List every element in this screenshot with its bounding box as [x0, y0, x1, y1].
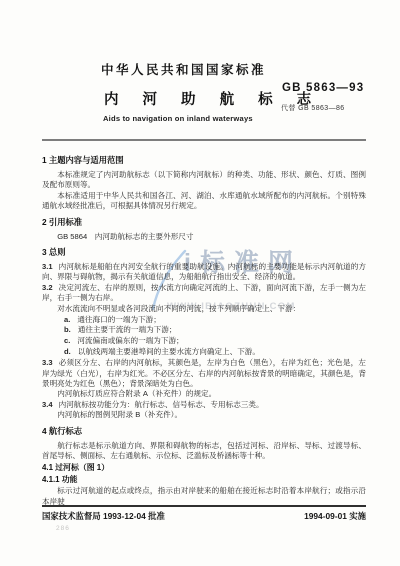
list-item: d.以航线两端主要港埠间的主要水流方向确定上、下游。	[42, 347, 366, 357]
clause-text: 必须区分左、右岸的内河航标，其颜色是，左岸为白色（黑色），右岸为红色；光色是，左…	[42, 358, 366, 388]
standard-header-title: 中华人民共和国国家标准	[101, 60, 266, 78]
section-heading: 1 主题内容与适用范围	[42, 155, 366, 166]
standard-number: GB 5863—93	[282, 82, 364, 94]
section-heading: 3 总则	[42, 247, 366, 258]
section-heading: 4 航行标志	[42, 426, 366, 437]
clause-paragraph: 3.1内河航标是船舶在内河安全航行的重要助航设施。内河航标的主要功能是标示内河航…	[42, 262, 366, 283]
header-divider	[42, 139, 366, 141]
section-heading: 2 引用标准	[42, 217, 366, 228]
clause-number: 3.2	[42, 283, 53, 292]
sub-heading: 4.1.1 功能	[42, 474, 366, 485]
paragraph: 内河航标的图例见附录 B（补充件）。	[42, 410, 366, 420]
list-item: a.通往海口的一端为下游；	[42, 315, 366, 325]
list-marker: a.	[64, 315, 70, 324]
list-text: 通往主要干流的一端为下游；	[78, 325, 177, 334]
list-text: 河流偏南或偏东的一端为下游；	[77, 336, 183, 345]
list-marker: d.	[64, 347, 71, 356]
clause-text: 决定河流左、右岸的原则，按水流方向确定河流的上、下游，面向河流下游，左手一侧为左…	[42, 283, 366, 302]
clause-text: 内河航标是船舶在内河安全航行的重要助航设施。内河航标的主要功能是标示内河航道的方…	[42, 262, 366, 281]
implementation-date: 1994-09-01 实施	[304, 510, 366, 522]
replaced-standard: 代替 GB 5863—86	[281, 103, 345, 113]
clause-paragraph: 3.4内河航标按功能分为：航行标志、信号标志、专用标志三类。	[42, 400, 366, 410]
clause-paragraph: 3.3必须区分左、右岸的内河航标，其颜色是，左岸为白色（黑色），右岸为红色；光色…	[42, 358, 366, 389]
paragraph: 本标准适用于中华人民共和国各江、河、湖泊、水库通航水域所配布的内河航标。个别特殊…	[42, 191, 366, 212]
clause-paragraph: 3.2决定河流左、右岸的原则，按水流方向确定河流的上、下游，面向河流下游，左手一…	[42, 283, 366, 304]
sub-heading: 4.1 过河标（图 1）	[42, 462, 366, 473]
list-text: 通往海口的一端为下游；	[77, 315, 161, 324]
paragraph: 本标准规定了内河助航标志（以下简称内河航标）的种类、功能、形状、颜色、灯质、图例…	[42, 170, 366, 191]
clause-text: 内河航标按功能分为：航行标志、信号标志、专用标志三类。	[59, 400, 264, 409]
approval-note: 国家技术监督局 1993-12-04 批准	[42, 510, 165, 522]
footer: 国家技术监督局 1993-12-04 批准 1994-09-01 实施	[42, 505, 366, 522]
paragraph: 航行标志是标示航道方向、界限和碍航物的标志，包括过河标、沿岸标、导标、过渡导标、…	[42, 441, 366, 462]
document-body: 1 主题内容与适用范围本标准规定了内河助航标志（以下简称内河航标）的种类、功能、…	[42, 150, 366, 507]
page-number: 286	[56, 525, 70, 532]
list-item: b.通往主要干流的一端为下游；	[42, 325, 366, 335]
clause-number: 3.4	[42, 400, 53, 409]
paragraph: GB 5864 内河助航标志的主要外形尺寸	[42, 232, 366, 242]
clause-number: 3.3	[42, 358, 53, 367]
list-text: 以航线两端主要港埠间的主要水流方向确定上、下游。	[78, 347, 260, 356]
document-page: 中华人民共和国国家标准 内 河 助 航 标 志 Aids to navigati…	[0, 0, 400, 566]
paragraph: 对水流流向不明显或各河段流向不同的河流，按下列顺序确定上、下游：	[42, 304, 366, 314]
document-title-english: Aids to navigation on inland waterways	[103, 114, 253, 123]
list-marker: c.	[64, 336, 70, 345]
paragraph: 内河航标灯质应符合附录 A（补充件）的规定。	[42, 389, 366, 399]
clause-number: 3.1	[42, 262, 53, 271]
list-marker: b.	[64, 325, 71, 334]
list-item: c.河流偏南或偏东的一端为下游；	[42, 336, 366, 346]
